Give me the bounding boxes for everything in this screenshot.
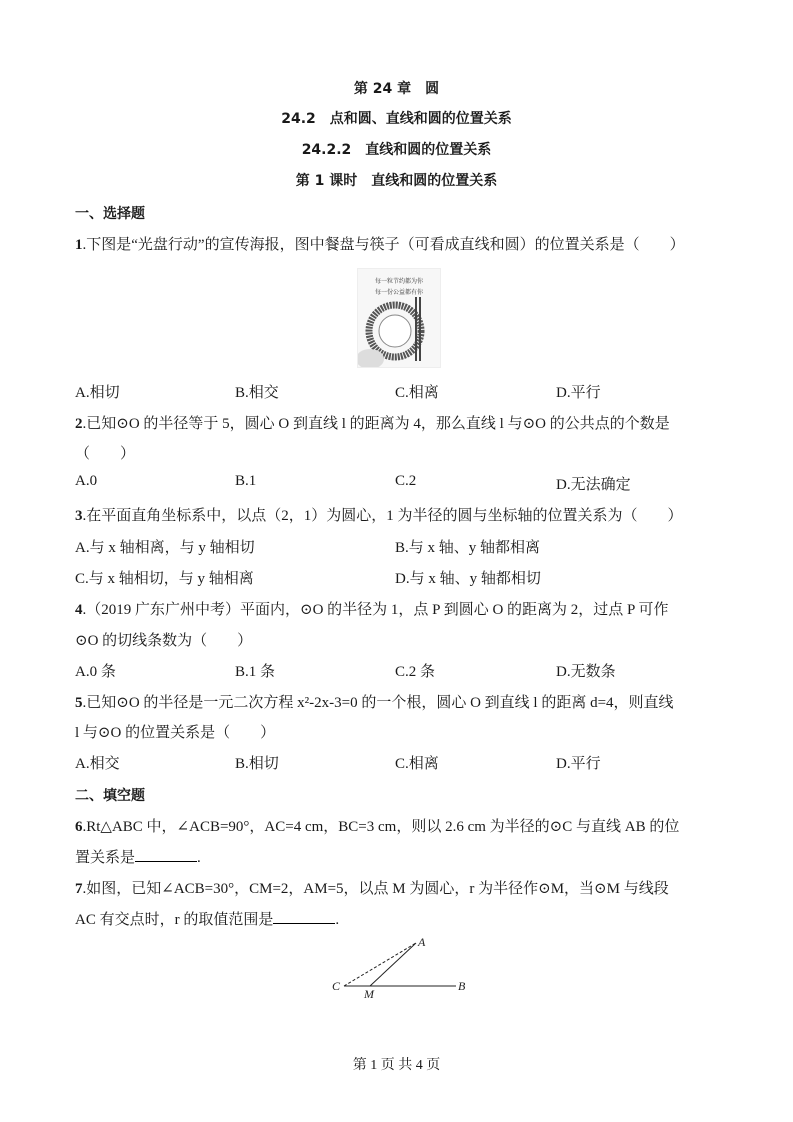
chapter-title: 第 24 章 圆 <box>0 78 793 98</box>
svg-text:B: B <box>458 979 466 993</box>
question-6: 6.Rt△ABC 中，∠ACB=90°，AC=4 cm，BC=3 cm，则以 2… <box>75 815 679 836</box>
lesson-title: 第 1 课时 直线和圆的位置关系 <box>0 170 793 190</box>
page-footer: 第 1 页 共 4 页 <box>0 1054 793 1074</box>
question-text: .在平面直角坐标系中，以点（2，1）为圆心，1 为半径的圆与坐标轴的位置关系为（… <box>83 508 683 524</box>
question-1: 1.下图是“光盘行动”的宣传海报，图中餐盘与筷子（可看成直线和圆）的位置关系是（… <box>75 233 685 254</box>
answer-blank[interactable] <box>273 909 335 924</box>
period: . <box>335 912 339 928</box>
q5-option-c: C.相离 <box>395 752 439 773</box>
question-4: 4.（2019 广东广州中考）平面内，⊙O 的半径为 1，点 P 到圆心 O 的… <box>75 598 669 619</box>
poster-illustration: 每一粒节约都为你 每一份公益都有你 <box>358 269 440 367</box>
q3-option-c: C.与 x 轴相切，与 y 轴相离 <box>75 567 254 588</box>
q2-option-b: B.1 <box>235 473 256 490</box>
q4-option-d: D.无数条 <box>556 660 616 681</box>
q3-option-d: D.与 x 轴、y 轴都相切 <box>395 567 541 588</box>
q5-option-d: D.平行 <box>556 752 601 773</box>
q1-option-b: B.相交 <box>235 381 279 402</box>
question-text: AC 有交点时，r 的取值范围是 <box>75 912 273 928</box>
poster-image: 每一粒节约都为你 每一份公益都有你 <box>357 268 441 368</box>
q1-option-d: D.平行 <box>556 381 601 402</box>
question-2-bracket: （ ） <box>75 442 135 463</box>
svg-text:M: M <box>363 987 375 1000</box>
question-7: 7.如图，已知∠ACB=30°，CM=2，AM=5，以点 M 为圆心，r 为半径… <box>75 877 669 898</box>
question-number: 3 <box>75 508 83 524</box>
question-3: 3.在平面直角坐标系中，以点（2，1）为圆心，1 为半径的圆与坐标轴的位置关系为… <box>75 504 683 525</box>
svg-text:A: A <box>417 935 426 949</box>
question-5: 5.已知⊙O 的半径是一元二次方程 x²-2x-3=0 的一个根，圆心 O 到直… <box>75 691 674 712</box>
svg-text:C: C <box>332 979 341 993</box>
question-7-line2: AC 有交点时，r 的取值范围是. <box>75 908 339 929</box>
section-title: 24.2 点和圆、直线和圆的位置关系 <box>0 108 793 128</box>
q1-option-a: A.相切 <box>75 381 120 402</box>
question-text: .（2019 广东广州中考）平面内，⊙O 的半径为 1，点 P 到圆心 O 的距… <box>83 602 669 618</box>
q5-option-a: A.相交 <box>75 752 120 773</box>
question-text: .已知⊙O 的半径是一元二次方程 x²-2x-3=0 的一个根，圆心 O 到直线… <box>83 695 674 711</box>
question-number: 1 <box>75 237 83 253</box>
subsection-title: 24.2.2 直线和圆的位置关系 <box>0 139 793 159</box>
question-text: 置关系是 <box>75 850 135 866</box>
question-number: 4 <box>75 602 83 618</box>
question-number: 2 <box>75 416 83 432</box>
svg-text:每一份公益都有你: 每一份公益都有你 <box>375 288 424 296</box>
q1-option-c: C.相离 <box>395 381 439 402</box>
answer-blank[interactable] <box>135 847 197 862</box>
question-text: .如图，已知∠ACB=30°，CM=2，AM=5，以点 M 为圆心，r 为半径作… <box>83 881 669 897</box>
triangle-figure: A C M B <box>330 930 470 1000</box>
svg-text:每一粒节约都为你: 每一粒节约都为你 <box>375 277 424 285</box>
question-number: 5 <box>75 695 83 711</box>
period: . <box>197 850 201 866</box>
question-text: .Rt△ABC 中，∠ACB=90°，AC=4 cm，BC=3 cm，则以 2.… <box>83 819 680 835</box>
q4-option-b: B.1 条 <box>235 660 275 681</box>
q2-option-a: A.0 <box>75 473 97 490</box>
q3-option-b: B.与 x 轴、y 轴都相离 <box>395 536 540 557</box>
question-text: .已知⊙O 的半径等于 5，圆心 O 到直线 l 的距离为 4，那么直线 l 与… <box>83 416 670 432</box>
q4-option-c: C.2 条 <box>395 660 435 681</box>
question-number: 6 <box>75 819 83 835</box>
question-text: .下图是“光盘行动”的宣传海报，图中餐盘与筷子（可看成直线和圆）的位置关系是（ … <box>83 237 685 253</box>
question-6-line2: 置关系是. <box>75 846 201 867</box>
q5-option-b: B.相切 <box>235 752 279 773</box>
section-heading-fill: 二、填空题 <box>75 785 145 805</box>
q3-option-a: A.与 x 轴相离，与 y 轴相切 <box>75 536 255 557</box>
q2-option-d: D.无法确定 <box>556 473 631 494</box>
question-4-line2: ⊙O 的切线条数为（ ） <box>75 629 252 650</box>
q4-option-a: A.0 条 <box>75 660 116 681</box>
section-heading-choice: 一、选择题 <box>75 203 145 223</box>
question-2: 2.已知⊙O 的半径等于 5，圆心 O 到直线 l 的距离为 4，那么直线 l … <box>75 412 670 433</box>
question-number: 7 <box>75 881 83 897</box>
q2-option-c: C.2 <box>395 473 416 490</box>
question-5-line2: l 与⊙O 的位置关系是（ ） <box>75 721 275 742</box>
